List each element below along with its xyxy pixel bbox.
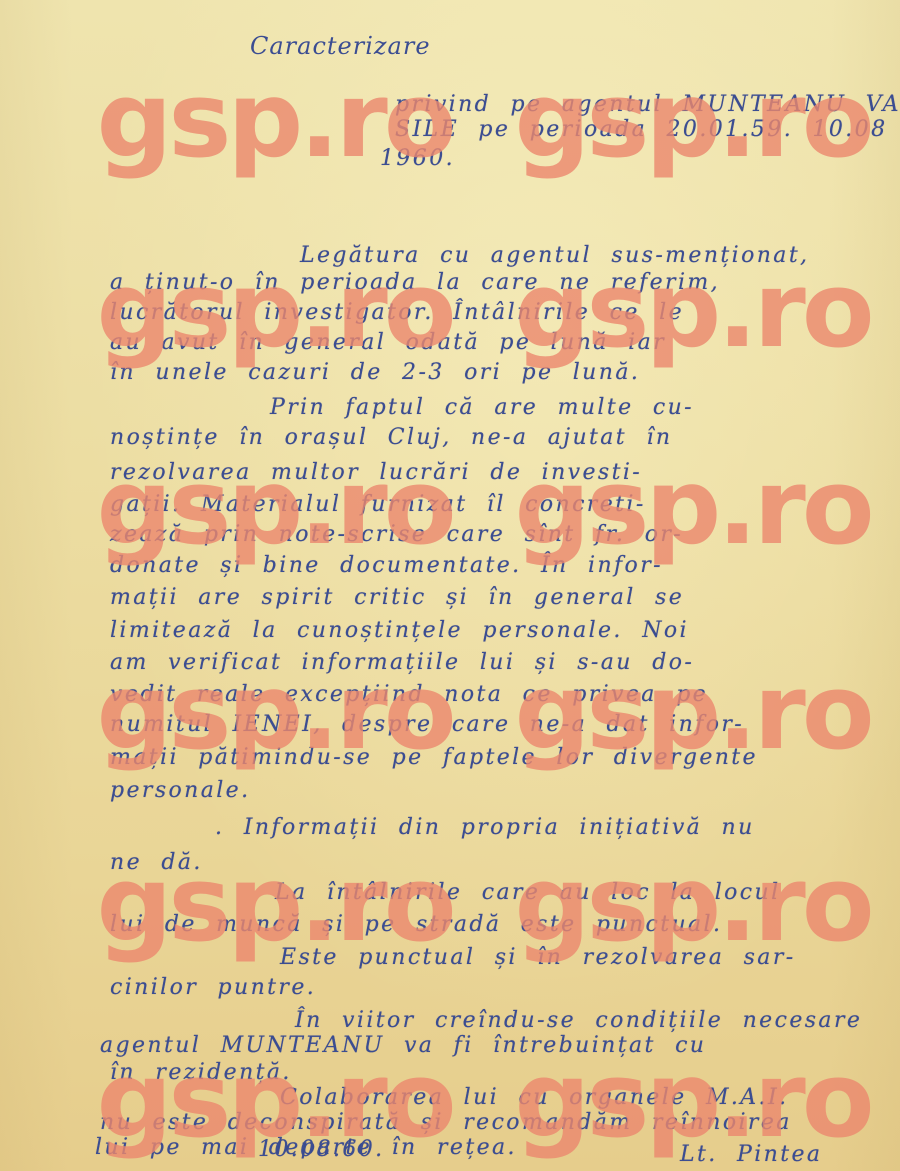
watermark-text: gsp.ro [97, 1048, 453, 1152]
body-line: . Informații din propria inițiativă nu [215, 815, 755, 840]
watermark-text: gsp.ro [97, 852, 453, 956]
watermark-text: gsp.ro [515, 1048, 871, 1152]
watermark-text: gsp.ro [515, 852, 871, 956]
watermark-text: gsp.ro [515, 68, 871, 172]
body-line: În viitor creîndu-se condițiile necesare [295, 1008, 862, 1033]
watermark-text: gsp.ro [97, 68, 453, 172]
body-line: personale. [110, 778, 251, 803]
body-line: limitează la cunoștințele personale. Noi [110, 618, 689, 643]
body-line: mații are spirit critic și în general se [110, 585, 684, 610]
body-line: Prin faptul că are multe cu- [270, 395, 694, 420]
watermark-text: gsp.ro [515, 455, 871, 559]
watermark-text: gsp.ro [97, 258, 453, 362]
watermark-text: gsp.ro [515, 660, 871, 764]
body-line: cinilor puntre. [110, 975, 316, 1000]
document-title: Caracterizare [250, 32, 431, 60]
watermark-text: gsp.ro [97, 455, 453, 559]
watermark-text: gsp.ro [515, 258, 871, 362]
watermark-text: gsp.ro [97, 660, 453, 764]
